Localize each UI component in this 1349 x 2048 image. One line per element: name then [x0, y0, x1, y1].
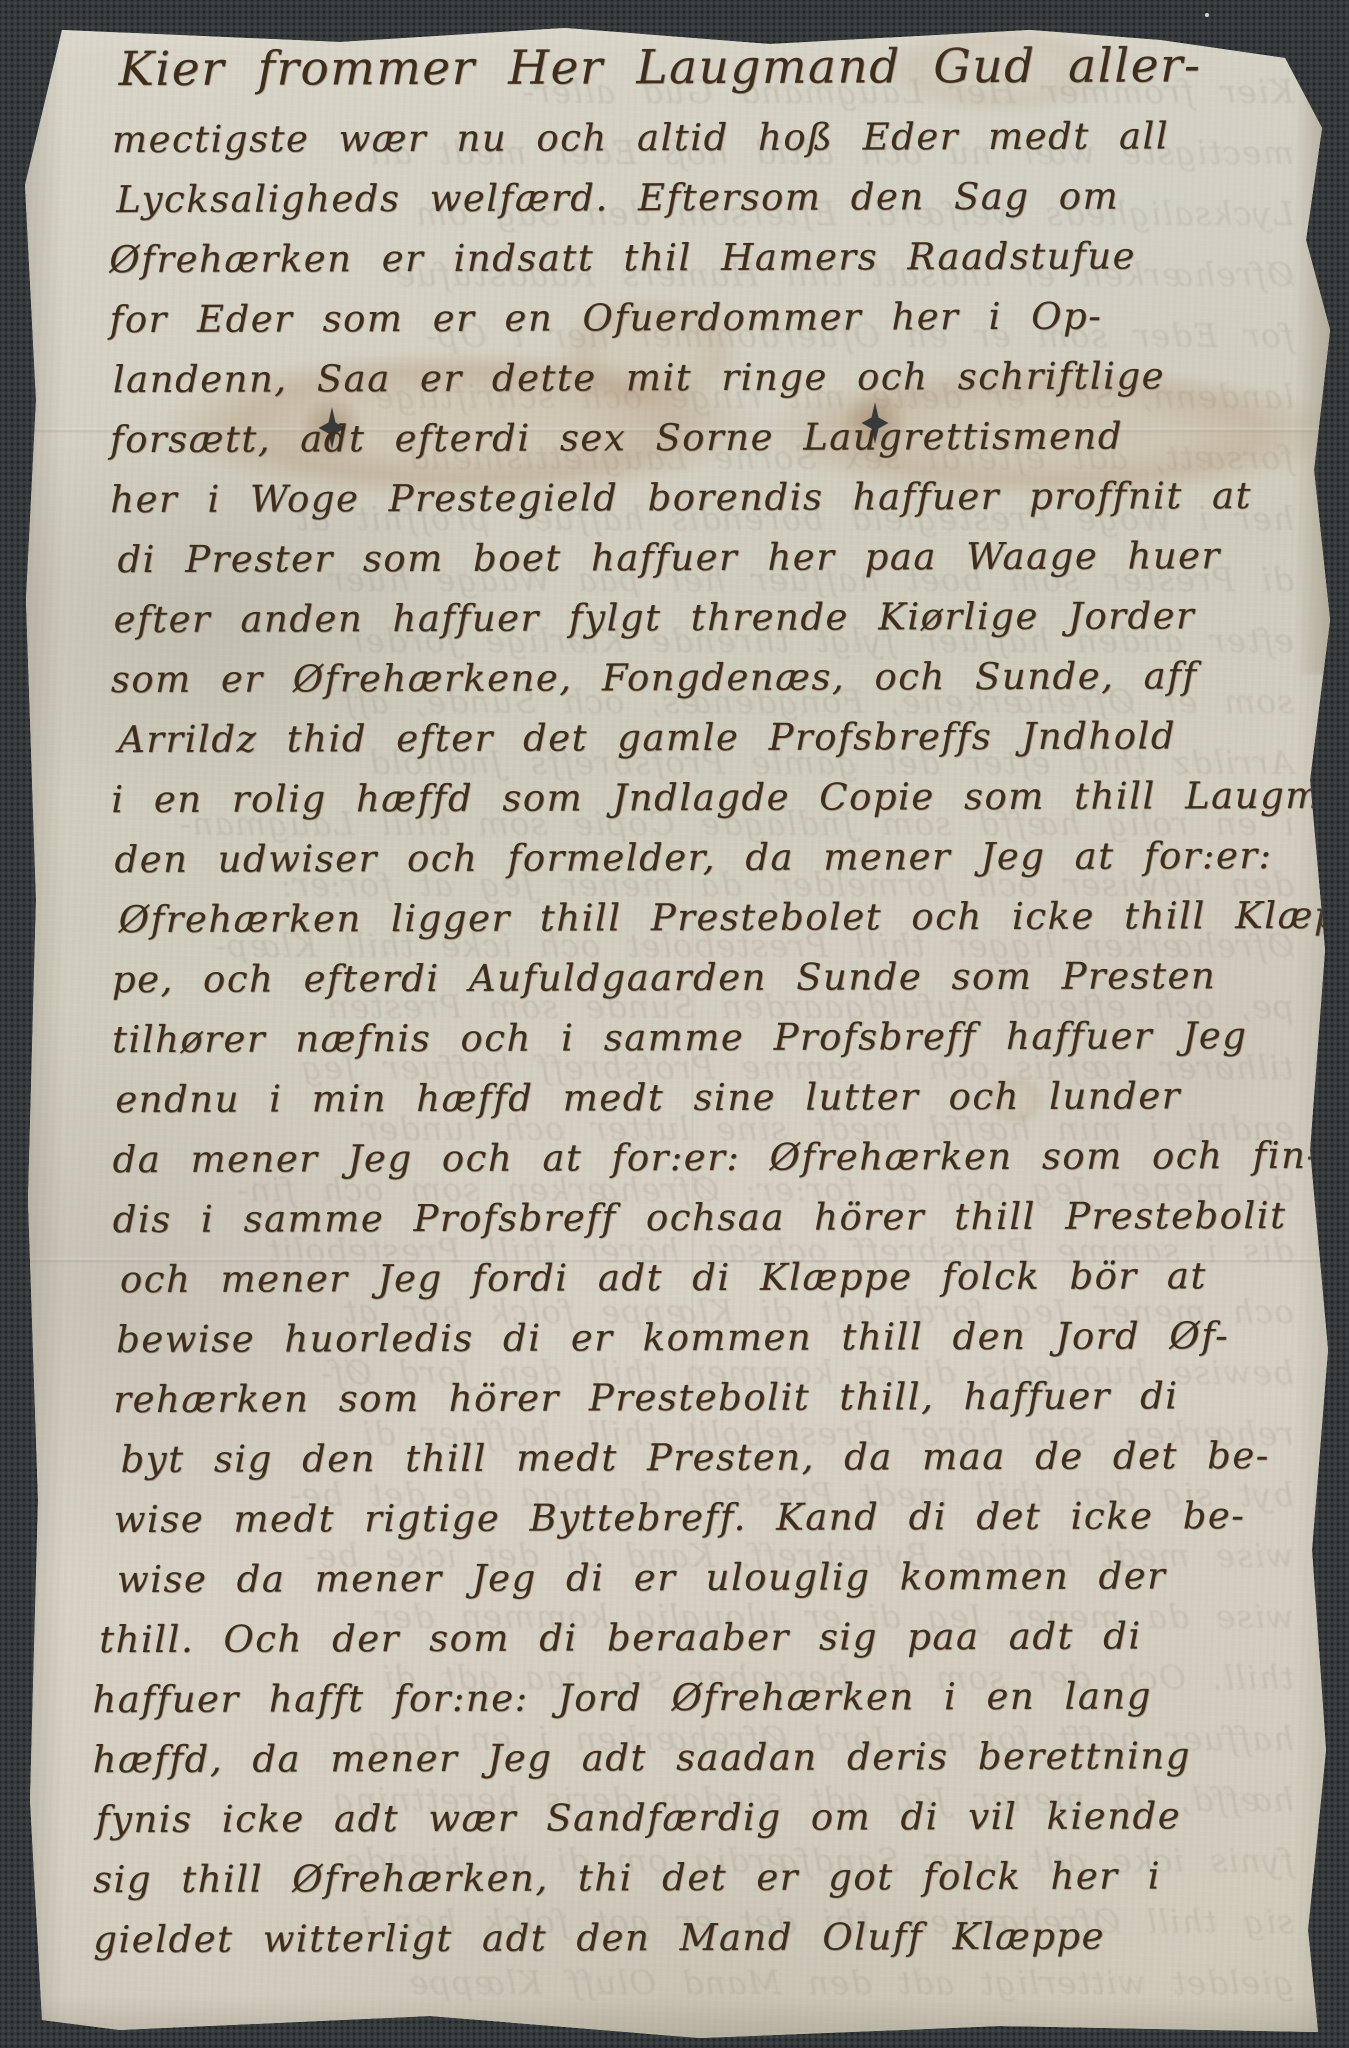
manuscript-line: Øfrehærken er indsatt thil Hamers Raadst…: [109, 234, 1306, 298]
manuscript-line: den udwiser och formelder, da mener Jeg …: [111, 834, 1308, 898]
manuscript-line: tilhører næfnis och i samme Profsbreff h…: [112, 1014, 1309, 1078]
manuscript-line: efter anden haffuer fylgt thrende Kiørli…: [111, 594, 1308, 658]
manuscript-line: Kier frommer Her Laugmand Gud aller-: [109, 38, 1306, 118]
manuscript-line: Øfrehærken ligger thill Prestebolet och …: [112, 894, 1309, 958]
manuscript-line: haffuer hafft for:ne: Jord Øfrehærken i …: [92, 1674, 1311, 1738]
manuscript-line: Lycksaligheds welfærd. Eftersom den Sag …: [109, 174, 1306, 238]
dust-speck: [1205, 13, 1209, 17]
manuscript-line: hæffd, da mener Jeg adt saadan deris ber…: [93, 1734, 1312, 1798]
manuscript-line: thill. Och der som di beraaber sig paa a…: [92, 1614, 1311, 1678]
manuscript-line: i en rolig hæffd som Jndlagde Copie som …: [111, 774, 1308, 838]
manuscript-line: Arrildz thid efter det gamle Profsbreffs…: [111, 714, 1308, 778]
manuscript-line: bewise huorledis di er kommen thill den …: [113, 1314, 1310, 1378]
manuscript-line: gieldet witterligt adt den Mand Oluff Kl…: [93, 1914, 1312, 1978]
manuscript-line: dis i samme Profsbreff ochsaa hörer thil…: [113, 1194, 1310, 1258]
manuscript-line: her i Woge Prestegield borendis haffuer …: [110, 474, 1307, 538]
manuscript-line: for Eder som er en Ofuerdommer her i Op-: [110, 294, 1307, 358]
manuscript-line: landenn, Saa er dette mit ringe och schr…: [110, 354, 1307, 418]
manuscript-line: byt sig den thill medt Presten, da maa d…: [113, 1434, 1310, 1498]
manuscript-line: fynis icke adt wær Sandfærdig om di vil …: [93, 1794, 1312, 1858]
manuscript-line: mectigste wær nu och altid hoß Eder medt…: [109, 114, 1306, 178]
manuscript-line: endnu i min hæffd medt sine lutter och l…: [112, 1074, 1309, 1138]
manuscript-line: och mener Jeg fordi adt di Klæppe folck …: [113, 1254, 1310, 1318]
manuscript-line: forsætt, adt efterdi sex Sorne Laugretti…: [110, 414, 1307, 478]
scanner-background: Kier frommer Her Laugmand Gud aller-mect…: [0, 0, 1349, 2048]
manuscript-line: da mener Jeg och at for:er: Øfrehærken s…: [112, 1134, 1309, 1198]
manuscript-line: wise medt rigtige Byttebreff. Kand di de…: [114, 1494, 1311, 1558]
manuscript-line: sig thill Øfrehærken, thi det er got fol…: [93, 1854, 1312, 1918]
manuscript-line: pe, och efterdi Aufuldgaarden Sunde som …: [112, 954, 1309, 1018]
manuscript-line: wise da mener Jeg di er ulouglig kommen …: [114, 1554, 1311, 1618]
manuscript-page: Kier frommer Her Laugmand Gud aller-mect…: [0, 0, 1349, 2048]
manuscript-line: som er Øfrehærkene, Fongdenæs, och Sunde…: [111, 654, 1308, 718]
handwritten-text-block: Kier frommer Her Laugmand Gud aller-mect…: [109, 38, 1313, 1978]
manuscript-line: rehærken som hörer Prestebolit thill, ha…: [113, 1374, 1310, 1438]
manuscript-line: di Prester som boet haffuer her paa Waag…: [110, 534, 1307, 598]
